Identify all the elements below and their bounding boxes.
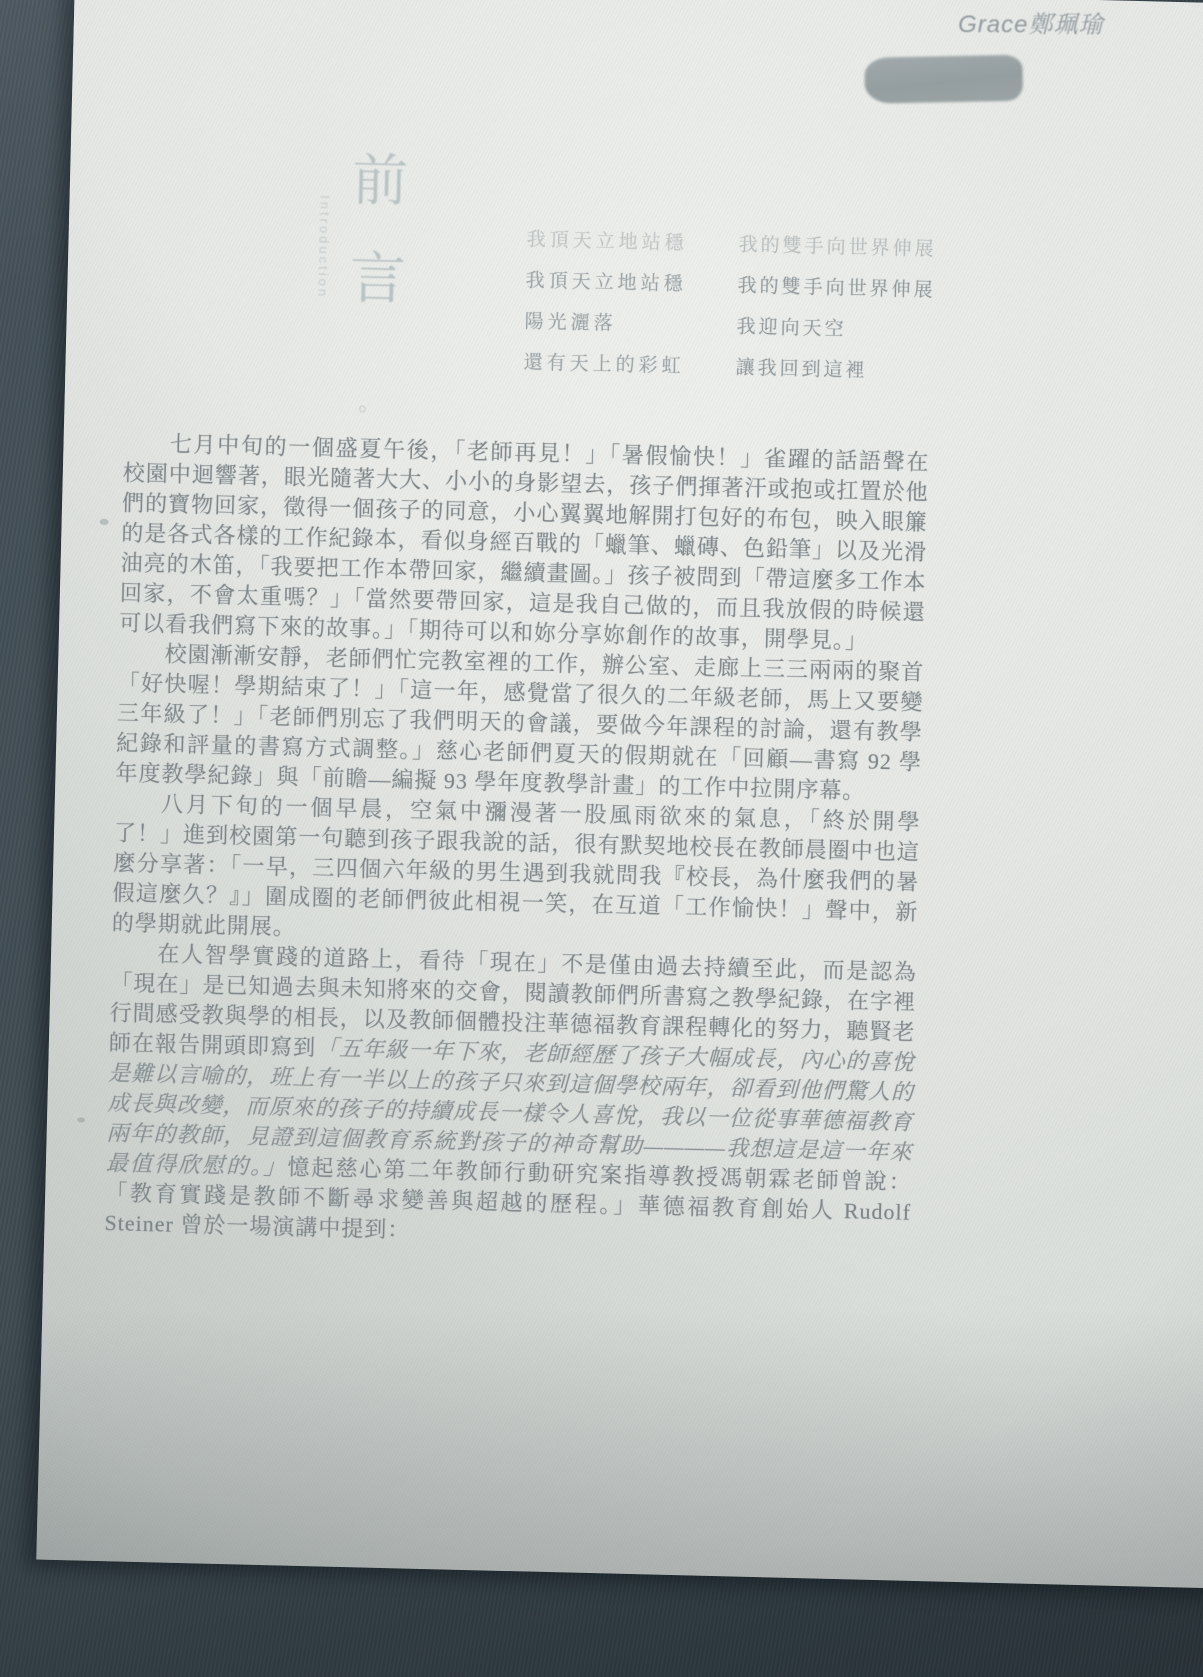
poem-left-text: 我頂天立地站穩 [526, 224, 739, 256]
document-page: Grace鄭珮瑜 Introduction 前言 。 我頂天立地站穩 我的雙手向… [36, 0, 1203, 1590]
page-title: 前言 [343, 150, 404, 347]
poem-left-text: 還有天上的彩虹 [523, 347, 736, 379]
poem-block: 我頂天立地站穩 我的雙手向世界伸展 我頂天立地站穩 我的雙手向世界伸展 陽光灑落… [523, 224, 937, 398]
poem-right-text: 讓我回到這裡 [735, 352, 868, 382]
poem-left-text: 我頂天立地站穩 [525, 265, 738, 297]
poem-right-text: 我的雙手向世界伸展 [738, 229, 937, 261]
paper-speck [100, 519, 109, 525]
title-english-label: Introduction [312, 195, 332, 416]
paragraph-anthroposophy: 在人智學實踐的道路上，看待「現在」不是僅由過去持續至此，而是認為「現在」是已知過… [104, 938, 917, 1258]
paragraph-new-semester: 八月下旬的一個早晨，空氣中瀰漫著一股風雨欲來的氣息，「終於開學了！」進到校園第一… [111, 788, 920, 958]
title-period-mark: 。 [358, 386, 381, 418]
handwritten-name: Grace鄭珮瑜 [958, 4, 1103, 40]
redaction-marker [864, 55, 1023, 104]
poem-right-text: 我迎向天空 [736, 311, 847, 341]
title-column: 前言 。 [341, 150, 404, 418]
poem-line: 還有天上的彩虹 讓我回到這裡 [523, 347, 934, 398]
paragraph-summer-farewell: 七月中旬的一個盛夏午後，「老師再見！」「暑假愉快！」雀躍的話語聲在校園中迴響著，… [119, 428, 930, 658]
poem-right-text: 我的雙手向世界伸展 [737, 270, 936, 302]
title-block: Introduction 前言 。 [312, 149, 403, 418]
paper-speck [77, 1117, 85, 1122]
paragraph-semester-end: 校園漸漸安靜，老師們忙完教室裡的工作，辦公室、走廊上三三兩兩的聚首「好快喔！學期… [115, 638, 924, 808]
poem-left-text: 陽光灑落 [524, 306, 737, 338]
photo-of-document: Grace鄭珮瑜 Introduction 前言 。 我頂天立地站穩 我的雙手向… [0, 0, 1203, 1677]
body-text: 七月中旬的一個盛夏午後，「老師再見！」「暑假愉快！」雀躍的話語聲在校園中迴響著，… [104, 428, 930, 1257]
